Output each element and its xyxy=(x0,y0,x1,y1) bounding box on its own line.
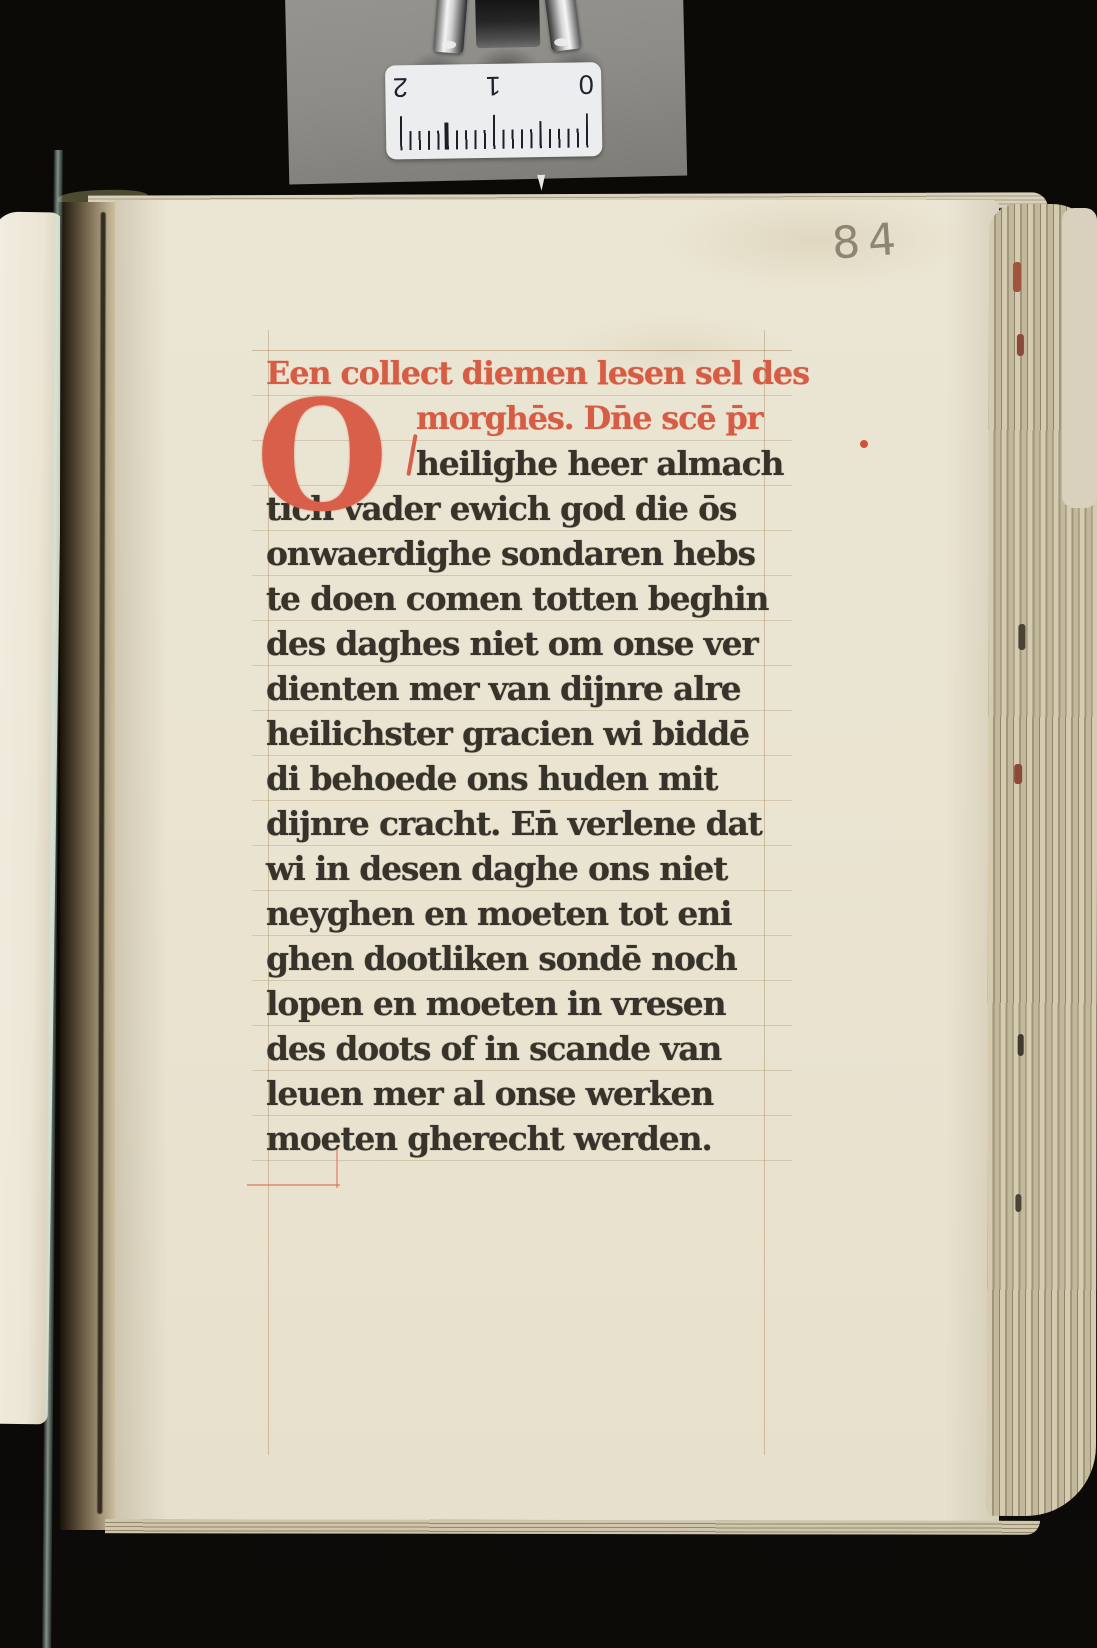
fore-edge-fleck xyxy=(1015,1194,1021,1212)
fore-edge-fleck xyxy=(1017,334,1024,356)
text-line: ghen dootliken sondē noch xyxy=(266,936,791,981)
illuminated-initial: O xyxy=(254,391,390,531)
ruler-label: 1 xyxy=(480,70,506,101)
ruler-sticker: 2 1 0 xyxy=(385,62,602,159)
manuscript-photo: 84 O Een collect diemen lesen sel des mo… xyxy=(0,0,1097,1648)
red-ruling-mark-horizontal xyxy=(247,1184,340,1186)
text-line: heilichster gracien wi biddē xyxy=(266,711,791,756)
book-bottom-edge xyxy=(105,1519,1040,1535)
text-line: te doen comen totten beghin xyxy=(266,576,791,621)
card-paint-drip xyxy=(537,175,545,191)
text-line: di behoede ons huden mit xyxy=(266,756,791,801)
fore-edge-fleck xyxy=(1018,1034,1024,1056)
binder-clip-body xyxy=(475,0,540,48)
page-number: 84 xyxy=(830,214,905,270)
text-line: leuen mer al onse werken xyxy=(266,1071,791,1116)
text-line: des daghes niet om onse ver xyxy=(266,621,791,666)
color-card: 2 1 0 xyxy=(285,0,687,184)
ruler-ticks-cm xyxy=(400,113,589,150)
text-line: moeten gherecht werden. xyxy=(266,1116,791,1161)
ruler-label: 0 xyxy=(573,68,599,99)
fore-edge-fleck xyxy=(1014,764,1022,784)
back-cover-edge xyxy=(1062,208,1097,508)
fore-edge-fleck xyxy=(1018,624,1025,650)
ruler-label: 2 xyxy=(387,71,413,102)
text-block: O Een collect diemen lesen sel des morgh… xyxy=(266,351,791,1161)
red-ink-dot xyxy=(860,440,868,448)
text-line: des doots of in scande van xyxy=(266,1026,791,1071)
ruler-ticks xyxy=(400,111,589,150)
binder-clip-icon xyxy=(423,0,595,69)
text-line: dijnre cracht. En̄ verlene dat xyxy=(266,801,791,846)
text-line: dienten mer van dijnre alre xyxy=(266,666,791,711)
text-line: wi in desen daghe ons niet xyxy=(266,846,791,891)
text-line: neyghen en moeten tot eni xyxy=(266,891,791,936)
text-line: lopen en moeten in vresen xyxy=(266,981,791,1026)
fore-edge-fleck xyxy=(1013,262,1021,292)
